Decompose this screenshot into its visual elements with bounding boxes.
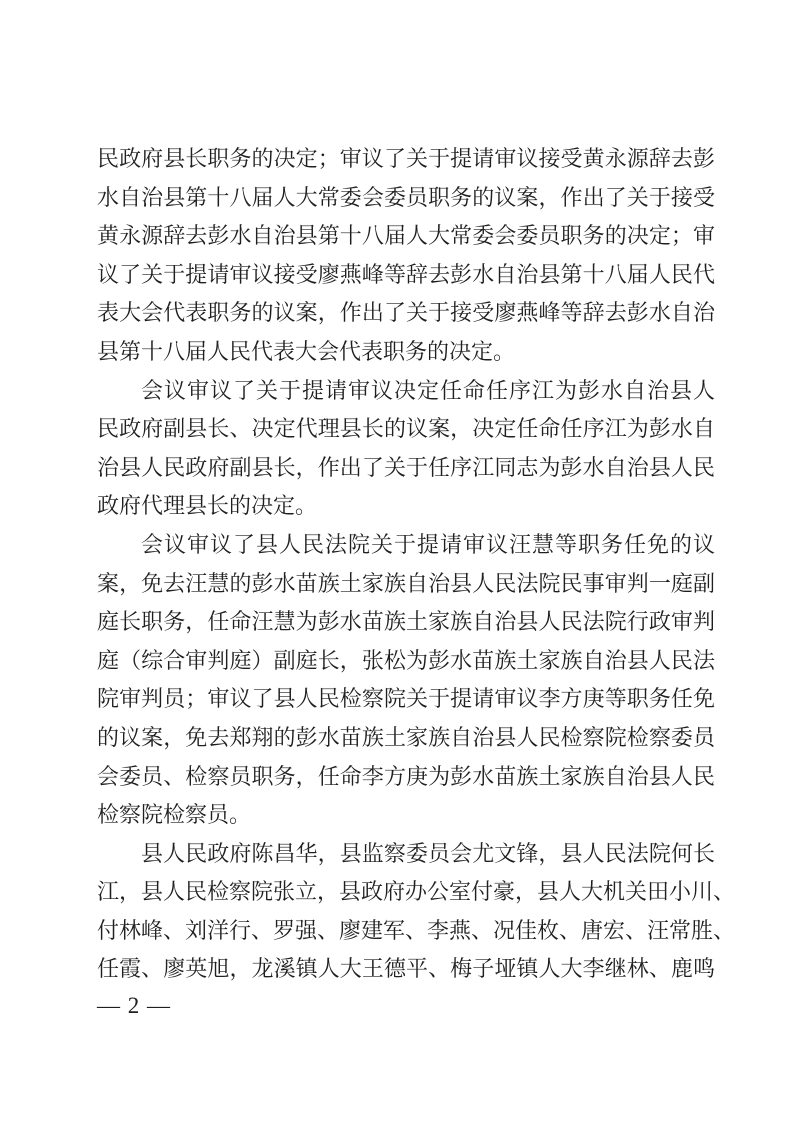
text-line: 会议审议了关于提请审议决定任命任序江为彭水自治县人 (97, 372, 715, 411)
paragraph-appointment-renxujiang: 会议审议了关于提请审议决定任命任序江为彭水自治县人 民政府副县长、决定代理县长的… (97, 372, 715, 526)
page-number: — 2 — (97, 991, 171, 1021)
text-line: 民政府副县长、决定代理县长的议案，决定任命任序江为彭水自 (97, 410, 715, 449)
text-line: 付林峰、刘洋行、罗强、廖建军、李燕、况佳枚、唐宏、汪常胜、 (97, 912, 715, 951)
text-line: 民政府县长职务的决定；审议了关于提请审议接受黄永源辞去彭 (97, 140, 715, 179)
text-line: 任霞、廖英旭，龙溪镇人大王德平、梅子垭镇人大李继林、鹿鸣 (97, 950, 715, 989)
text-line: 庭（综合审判庭）副庭长，张松为彭水苗族土家族自治县人民法 (97, 642, 715, 681)
document-page: 民政府县长职务的决定；审议了关于提请审议接受黄永源辞去彭 水自治县第十八届人大常… (0, 0, 793, 1122)
text-line: 的议案，免去郑翔的彭水苗族土家族自治县人民检察院检察委员 (97, 719, 715, 758)
paragraph-court-procuratorate-appointments: 会议审议了县人民法院关于提请审议汪慧等职务任免的议 案，免去汪慧的彭水苗族土家族… (97, 526, 715, 835)
document-body: 民政府县长职务的决定；审议了关于提请审议接受黄永源辞去彭 水自治县第十八届人大常… (97, 140, 715, 989)
text-line: 黄永源辞去彭水自治县第十八届人大常委会委员职务的决定；审 (97, 217, 715, 256)
text-line: 江，县人民检察院张立，县政府办公室付豪，县人大机关田小川、 (97, 873, 715, 912)
text-line: 会议审议了县人民法院关于提请审议汪慧等职务任免的议 (97, 526, 715, 565)
text-line: 政府代理县长的决定。 (97, 487, 715, 526)
text-line: 治县人民政府副县长，作出了关于任序江同志为彭水自治县人民 (97, 449, 715, 488)
text-line: 庭长职务，任命汪慧为彭水苗族土家族自治县人民法院行政审判 (97, 603, 715, 642)
text-line: 议了关于提请审议接受廖燕峰等辞去彭水自治县第十八届人民代 (97, 256, 715, 295)
text-line: 水自治县第十八届人大常委会委员职务的议案，作出了关于接受 (97, 179, 715, 218)
paragraph-attendees: 县人民政府陈昌华，县监察委员会尤文锋，县人民法院何长 江，县人民检察院张立，县政… (97, 835, 715, 989)
text-line: 县人民政府陈昌华，县监察委员会尤文锋，县人民法院何长 (97, 835, 715, 874)
text-line: 院审判员；审议了县人民检察院关于提请审议李方庚等职务任免 (97, 680, 715, 719)
text-line: 案，免去汪慧的彭水苗族土家族自治县人民法院民事审判一庭副 (97, 565, 715, 604)
paragraph-continuation: 民政府县长职务的决定；审议了关于提请审议接受黄永源辞去彭 水自治县第十八届人大常… (97, 140, 715, 372)
text-line: 县第十八届人民代表大会代表职务的决定。 (97, 333, 715, 372)
text-line: 表大会代表职务的议案，作出了关于接受廖燕峰等辞去彭水自治 (97, 294, 715, 333)
text-line: 会委员、检察员职务，任命李方庚为彭水苗族土家族自治县人民 (97, 758, 715, 797)
text-line: 检察院检察员。 (97, 796, 715, 835)
